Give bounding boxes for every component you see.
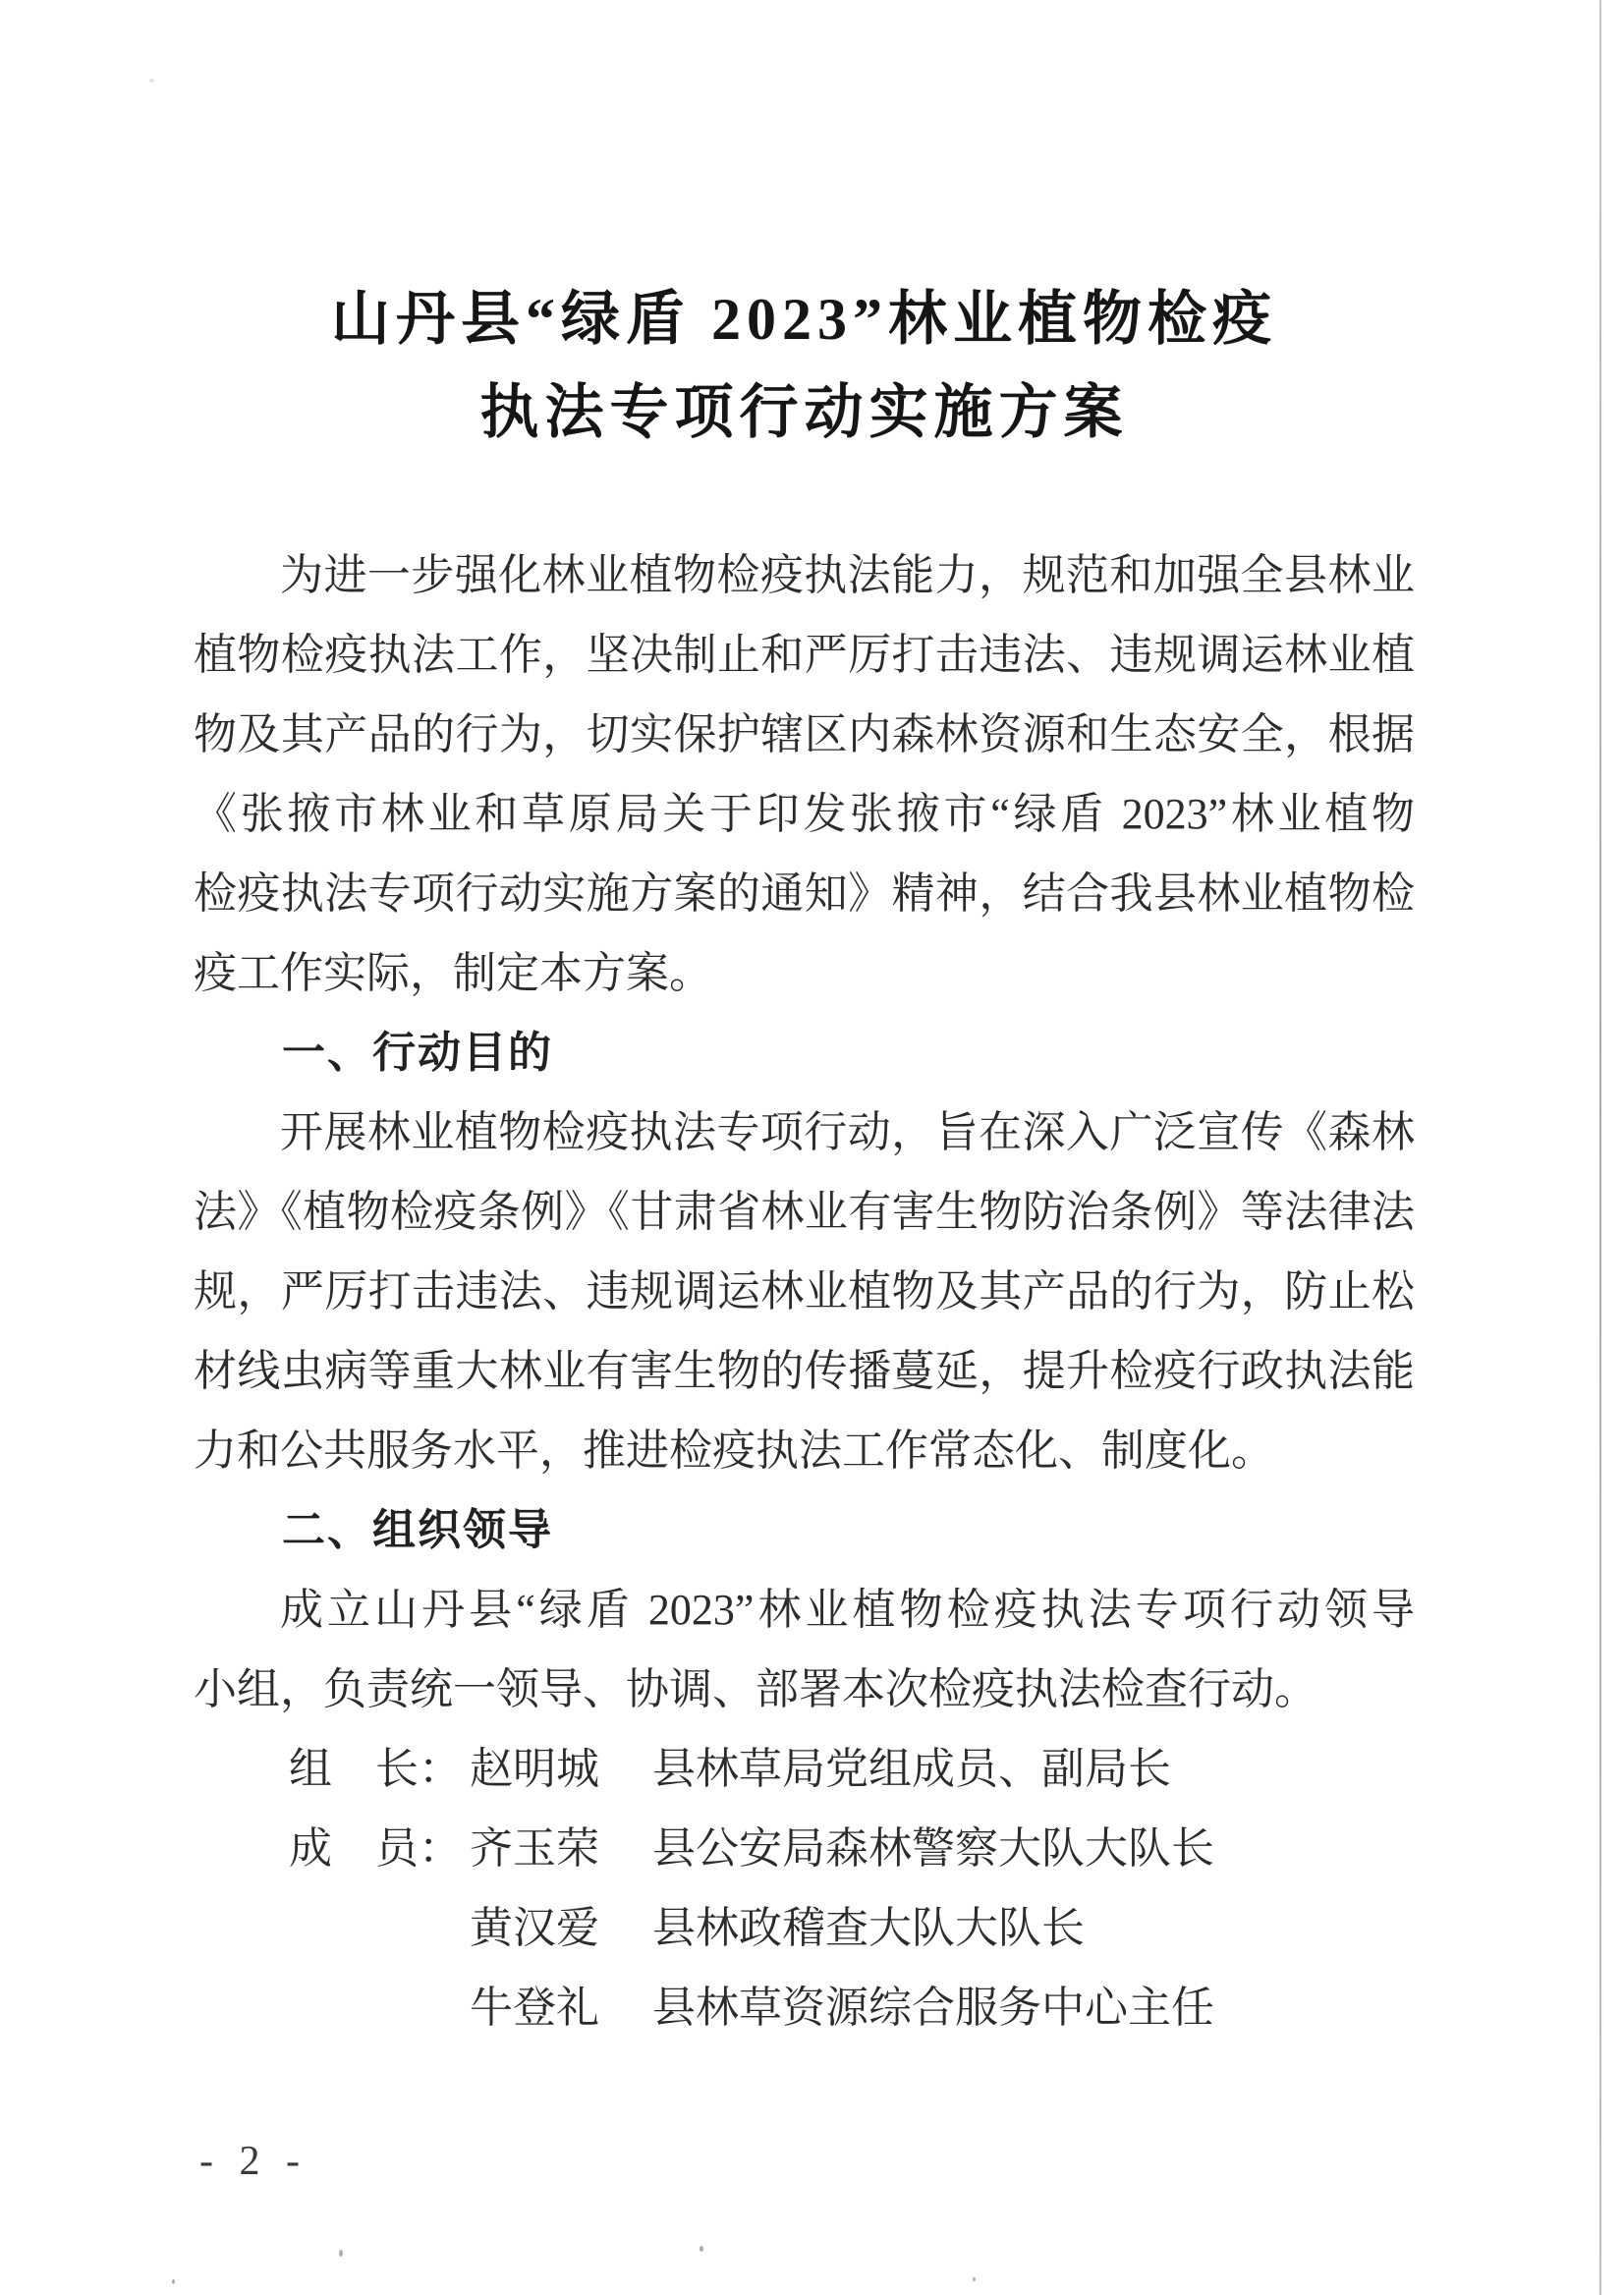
body-line: 物及其产品的行为，切实保护辖区内森林资源和生态安全，根据 [194, 695, 1415, 774]
body-line: 检疫执法专项行动实施方案的通知》精神，结合我县林业植物检 [194, 854, 1415, 933]
roster-name: 赵明城 [470, 1729, 609, 1809]
scan-speck [973, 2277, 976, 2281]
section-2-heading: 二、组织领导 [194, 1490, 1415, 1570]
body-line: 成立山丹县“绿盾 2023”林业植物检疫执法专项行动领导 [194, 1570, 1415, 1650]
body-line: 规，严厉打击违法、违规调运林业植物及其产品的行为，防止松 [194, 1252, 1415, 1331]
section-1-paragraph: 开展林业植物检疫执法专项行动，旨在深入广泛宣传《森林 法》《植物检疫条例》《甘肃… [194, 1092, 1415, 1490]
scan-speck [700, 2246, 703, 2252]
page-number: - 2 - [199, 2134, 308, 2189]
roster-name: 齐玉荣 [470, 1809, 609, 1888]
roster-name: 牛登礼 [470, 1968, 609, 2047]
body-line: 法》《植物检疫条例》《甘肃省林业有害生物防治条例》等法律法 [194, 1172, 1415, 1252]
document-title-line-1: 山丹县“绿盾 2023”林业植物检疫 [194, 273, 1415, 366]
body-line: 开展林业植物检疫执法专项行动，旨在深入广泛宣传《森林 [194, 1092, 1415, 1172]
body-line: 为进一步强化林业植物检疫执法能力，规范和加强全县林业 [194, 535, 1415, 615]
roster-row: 组 长：赵明城县林草局党组成员、副局长 [194, 1729, 1415, 1809]
body-line: 材线虫病等重大林业有害生物的传播蔓延，提升检疫行政执法能 [194, 1331, 1415, 1411]
roster-title: 县公安局森林警察大队大队长 [652, 1824, 1214, 1873]
document-content: 山丹县“绿盾 2023”林业植物检疫 执法专项行动实施方案 为进一步强化林业植物… [194, 273, 1415, 2047]
section-2-paragraph: 成立山丹县“绿盾 2023”林业植物检疫执法专项行动领导 小组，负责统一领导、协… [194, 1570, 1415, 1729]
intro-paragraph: 为进一步强化林业植物检疫执法能力，规范和加强全县林业 植物检疫执法工作，坚决制止… [194, 535, 1415, 1013]
body-line: 《张掖市林业和草原局关于印发张掖市“绿盾 2023”林业植物 [194, 774, 1415, 854]
body-line: 疫工作实际，制定本方案。 [194, 933, 1415, 1013]
document-title-line-2: 执法专项行动实施方案 [194, 366, 1415, 460]
roster-title: 县林草资源综合服务中心主任 [652, 1984, 1214, 2032]
document-title: 山丹县“绿盾 2023”林业植物检疫 执法专项行动实施方案 [194, 273, 1415, 460]
roster-role: 成 员： [289, 1809, 470, 1888]
scanned-document-page: 山丹县“绿盾 2023”林业植物检疫 执法专项行动实施方案 为进一步强化林业植物… [0, 0, 1624, 2295]
roster-title: 县林草局党组成员、副局长 [652, 1745, 1171, 1793]
roster-title: 县林政稽查大队大队长 [652, 1904, 1085, 1952]
roster-row: 牛登礼县林草资源综合服务中心主任 [194, 1968, 1415, 2047]
scan-speck [149, 79, 154, 83]
roster-name: 黄汉爱 [470, 1888, 609, 1968]
roster-row: 成 员：齐玉荣县公安局森林警察大队大队长 [194, 1809, 1415, 1888]
body-line: 植物检疫执法工作，坚决制止和严厉打击违法、违规调运林业植 [194, 615, 1415, 695]
leadership-roster: 组 长：赵明城县林草局党组成员、副局长 成 员：齐玉荣县公安局森林警察大队大队长… [194, 1729, 1415, 2047]
roster-role: 组 长： [289, 1729, 470, 1809]
section-1-heading: 一、行动目的 [194, 1013, 1415, 1092]
scan-speck [339, 2250, 343, 2257]
body-line: 力和公共服务水平，推进检疫执法工作常态化、制度化。 [194, 1411, 1415, 1490]
body-line: 小组，负责统一领导、协调、部署本次检疫执法检查行动。 [194, 1650, 1415, 1729]
scan-speck [172, 2279, 175, 2284]
roster-row: 黄汉爱县林政稽查大队大队长 [194, 1888, 1415, 1968]
scanner-edge-line [1599, 0, 1601, 2295]
